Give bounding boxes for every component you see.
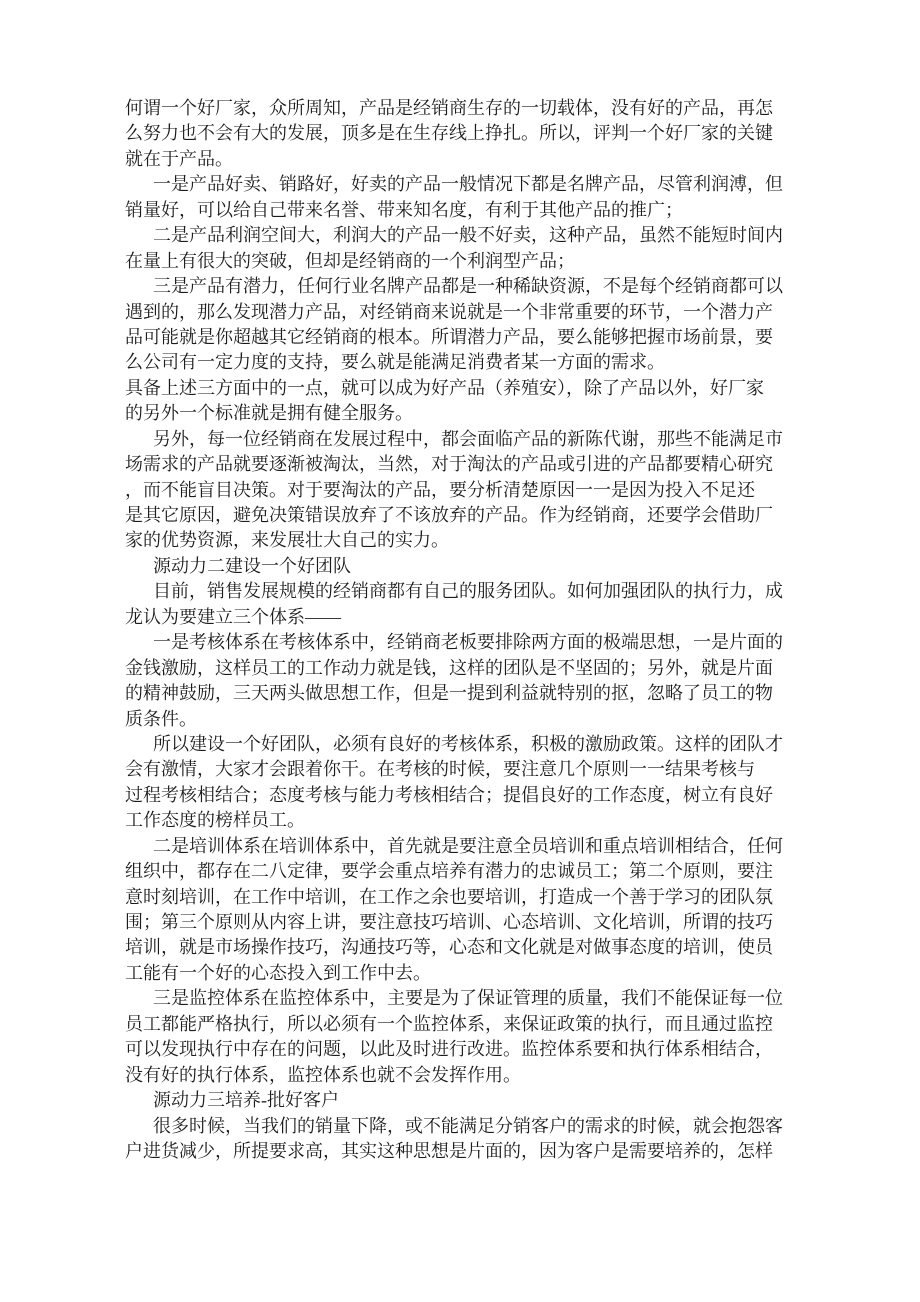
document-text-block: 何谓一个好厂家，众所周知，产品是经销商生存的一切载体，没有好的产品，再怎么努力也… bbox=[125, 96, 797, 1164]
text-line: 品可能就是你超越其它经销商的根本。所谓潜力产品，要么能够把握市场前景，要 bbox=[125, 325, 797, 350]
text-line: 是其它原因，避免决策错误放弃了不该放弃的产品。作为经销商，还要学会借助厂 bbox=[125, 503, 797, 528]
text-line: 家的优势资源，来发展壮大自己的实力。 bbox=[125, 528, 797, 553]
text-line: 培训，就是市场操作技巧，沟通技巧等，心态和文化就是对做事态度的培训，使员 bbox=[125, 935, 797, 960]
text-line: 销量好，可以给自己带来名誉、带来知名度，有利于其他产品的推广； bbox=[125, 198, 797, 223]
text-line: 没有好的执行体系，监控体系也就不会发挥作用。 bbox=[125, 1063, 797, 1088]
text-line: 目前，销售发展规模的经销商都有自己的服务团队。如何加强团队的执行力，成 bbox=[125, 579, 797, 604]
text-line: 工作态度的榜样员工。 bbox=[125, 808, 797, 833]
text-line: 三是监控体系在监控体系中，主要是为了保证管理的质量，我们不能保证每一位 bbox=[125, 986, 797, 1011]
text-line: 源动力三培养-批好客户 bbox=[125, 1088, 797, 1113]
text-line: 工能有一个好的心态投入到工作中去。 bbox=[125, 961, 797, 986]
text-line: 场需求的产品就要逐渐被淘汰，当然，对于淘汰的产品或引进的产品都要精心研究 bbox=[125, 452, 797, 477]
text-line: 何谓一个好厂家，众所周知，产品是经销商生存的一切载体，没有好的产品，再怎 bbox=[125, 96, 797, 121]
text-line: 一是考核体系在考核体系中，经销商老板要排除两方面的极端思想，一是片面的 bbox=[125, 630, 797, 655]
text-line: 在量上有很大的突破，但却是经销商的一个利润型产品； bbox=[125, 249, 797, 274]
text-line: 龙认为要建立三个体系—— bbox=[125, 605, 797, 630]
text-line: 可以发现执行中存在的问题，以此及时进行改进。监控体系要和执行体系相结合， bbox=[125, 1037, 797, 1062]
text-line: 一是产品好卖、销路好，好卖的产品一般情况下都是名牌产品，尽管利润溥，但 bbox=[125, 172, 797, 197]
text-line: 具备上述三方面中的一点，就可以成为好产品（养殖安），除了产品以外，好厂家 bbox=[125, 376, 797, 401]
text-line: 就在于产品。 bbox=[125, 147, 797, 172]
text-line: ，而不能盲目决策。对于要淘汰的产品，要分析清楚原因一一是因为投入不足还 bbox=[125, 478, 797, 503]
text-line: 二是产品利润空间大，利润大的产品一般不好卖，这种产品，虽然不能短时间内 bbox=[125, 223, 797, 248]
text-line: 的精神鼓励，三天两头做思想工作，但是一提到利益就特别的抠，忽略了员工的物 bbox=[125, 681, 797, 706]
text-line: 么公司有一定力度的支持，要么就是能满足消费者某一方面的需求。 bbox=[125, 350, 797, 375]
text-line: 户进货减少，所提要求高，其实这种思想是片面的，因为客户是需要培养的，怎样 bbox=[125, 1139, 797, 1164]
text-line: 围；第三个原则从内容上讲，要注意技巧培训、心态培训、文化培训，所谓的技巧 bbox=[125, 910, 797, 935]
text-line: 另外，每一位经销商在发展过程中，都会面临产品的新陈代谢，那些不能满足市 bbox=[125, 427, 797, 452]
text-line: 三是产品有潜力，任何行业名牌产品都是一种稀缺资源，不是每个经销商都可以 bbox=[125, 274, 797, 299]
text-line: 组织中，都存在二八定律，要学会重点培养有潜力的忠诚员工；第二个原则，要注 bbox=[125, 859, 797, 884]
text-line: 意时刻培训，在工作中培训，在工作之余也要培训，打造成一个善于学习的团队氛 bbox=[125, 885, 797, 910]
text-line: 过程考核相结合；态度考核与能力考核相结合；提倡良好的工作态度，树立有良好 bbox=[125, 783, 797, 808]
document-page: 何谓一个好厂家，众所周知，产品是经销商生存的一切载体，没有好的产品，再怎么努力也… bbox=[0, 0, 920, 1302]
text-line: 员工都能严格执行，所以必须有一个监控体系，来保证政策的执行，而且通过监控 bbox=[125, 1012, 797, 1037]
text-line: 遇到的，那么发现潜力产品，对经销商来说就是一个非常重要的环节，一个潜力产 bbox=[125, 300, 797, 325]
text-line: 么努力也不会有大的发展，顶多是在生存线上挣扎。所以，评判一个好厂家的关键 bbox=[125, 121, 797, 146]
text-line: 所以建设一个好团队，必须有良好的考核体系，积极的激励政策。这样的团队才 bbox=[125, 732, 797, 757]
text-line: 的另外一个标准就是拥有健全服务。 bbox=[125, 401, 797, 426]
text-line: 二是培训体系在培训体系中，首先就是要注意全员培训和重点培训相结合，任何 bbox=[125, 834, 797, 859]
text-line: 质条件。 bbox=[125, 707, 797, 732]
text-line: 源动力二建设一个好团队 bbox=[125, 554, 797, 579]
text-line: 会有激情，大家才会跟着你干。在考核的时候，要注意几个原则一一结果考核与 bbox=[125, 757, 797, 782]
text-line: 金钱激励，这样员工的工作动力就是钱，这样的团队是不坚固的；另外，就是片面 bbox=[125, 656, 797, 681]
text-line: 很多时候，当我们的销量下降，或不能满足分销客户的需求的时候，就会抱怨客 bbox=[125, 1114, 797, 1139]
